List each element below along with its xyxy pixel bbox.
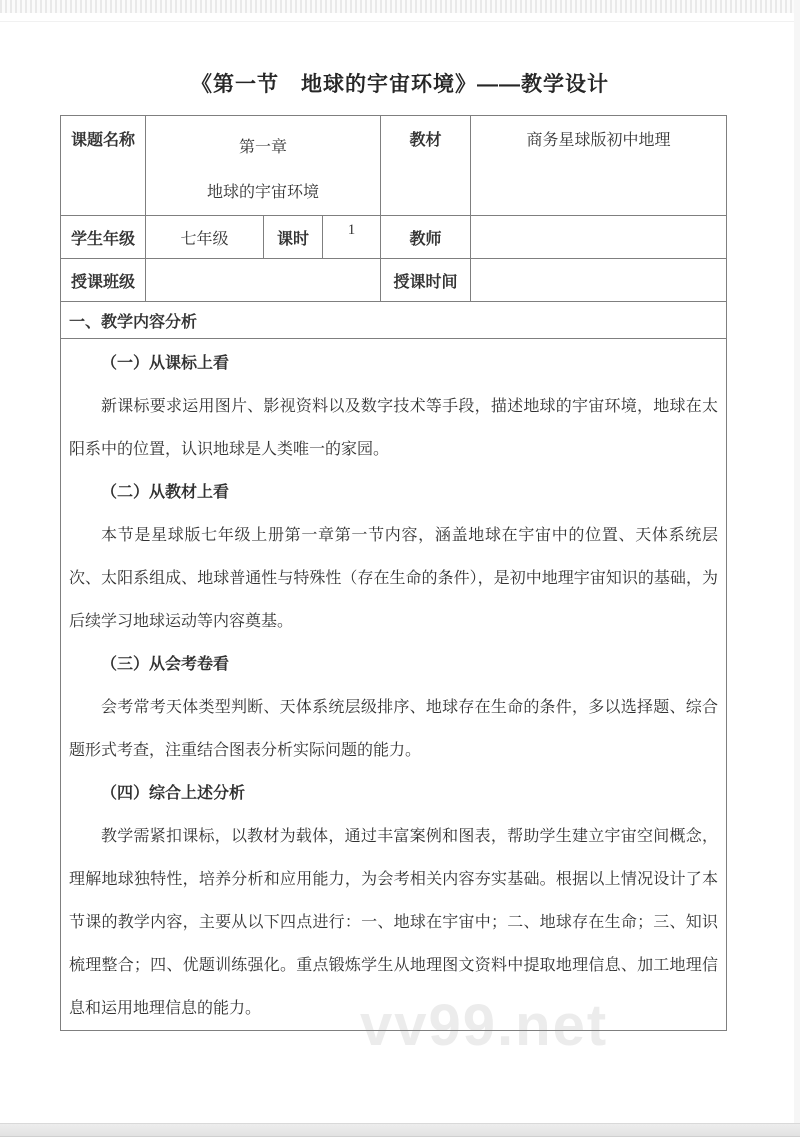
teacher-label: 教师 — [381, 216, 471, 259]
class-hours-value: 1 — [323, 216, 381, 259]
subheading-exam-view: （三）从会考卷看 — [69, 643, 718, 686]
paragraph-textbook-view: 本节是星球版七年级上册第一章第一节内容，涵盖地球在宇宙中的位置、天体系统层次、太… — [69, 514, 718, 643]
subheading-textbook-view: （二）从教材上看 — [69, 471, 718, 514]
page-torn-edge — [0, 0, 800, 13]
scanned-document-page: vv99.net 《第一节 地球的宇宙环境》——教学设计 课题名称 第一章 地球… — [0, 0, 800, 1137]
page-edge-line — [0, 21, 800, 22]
teacher-value — [471, 216, 727, 259]
table-row: 课题名称 第一章 地球的宇宙环境 教材 商务星球版初中地理 — [61, 116, 727, 216]
grade-label: 学生年级 — [61, 216, 146, 259]
teaching-time-value — [471, 259, 727, 302]
paragraph-comprehensive-analysis: 教学需紧扣课标，以教材为载体，通过丰富案例和图表，帮助学生建立宇宙空间概念，理解… — [69, 815, 718, 1030]
section-header-content-analysis: 一、教学内容分析 — [61, 302, 727, 339]
chapter-title-line: 地球的宇宙环境 — [146, 170, 380, 215]
content-analysis-cell: （一）从课标上看 新课标要求运用图片、影视资料以及数字技术等手段，描述地球的宇宙… — [61, 339, 727, 1031]
teaching-time-label: 授课时间 — [381, 259, 471, 302]
page-bottom-edge — [0, 1123, 800, 1137]
textbook-label: 教材 — [381, 116, 471, 216]
lesson-name-label: 课题名称 — [61, 116, 146, 216]
lesson-info-table: 课题名称 第一章 地球的宇宙环境 教材 商务星球版初中地理 学生年级 七年级 课… — [60, 115, 727, 1031]
table-row: 一、教学内容分析 — [61, 302, 727, 339]
chapter-line: 第一章 — [146, 125, 380, 170]
paragraph-curriculum-standard: 新课标要求运用图片、影视资料以及数字技术等手段，描述地球的宇宙环境，地球在太阳系… — [69, 385, 718, 471]
table-row: 学生年级 七年级 课时 1 教师 — [61, 216, 727, 259]
teaching-class-value — [146, 259, 381, 302]
page-right-shade — [794, 0, 800, 1137]
paragraph-exam-view: 会考常考天体类型判断、天体系统层级排序、地球存在生命的条件，多以选择题、综合题形… — [69, 686, 718, 772]
table-row: （一）从课标上看 新课标要求运用图片、影视资料以及数字技术等手段，描述地球的宇宙… — [61, 339, 727, 1031]
grade-value: 七年级 — [146, 216, 264, 259]
lesson-name-value: 第一章 地球的宇宙环境 — [146, 116, 381, 216]
table-row: 授课班级 授课时间 — [61, 259, 727, 302]
class-hours-label: 课时 — [264, 216, 323, 259]
page-title: 《第一节 地球的宇宙环境》——教学设计 — [0, 68, 800, 98]
teaching-class-label: 授课班级 — [61, 259, 146, 302]
textbook-value: 商务星球版初中地理 — [471, 116, 727, 216]
subheading-curriculum-standard: （一）从课标上看 — [69, 342, 718, 385]
subheading-comprehensive-analysis: （四）综合上述分析 — [69, 772, 718, 815]
